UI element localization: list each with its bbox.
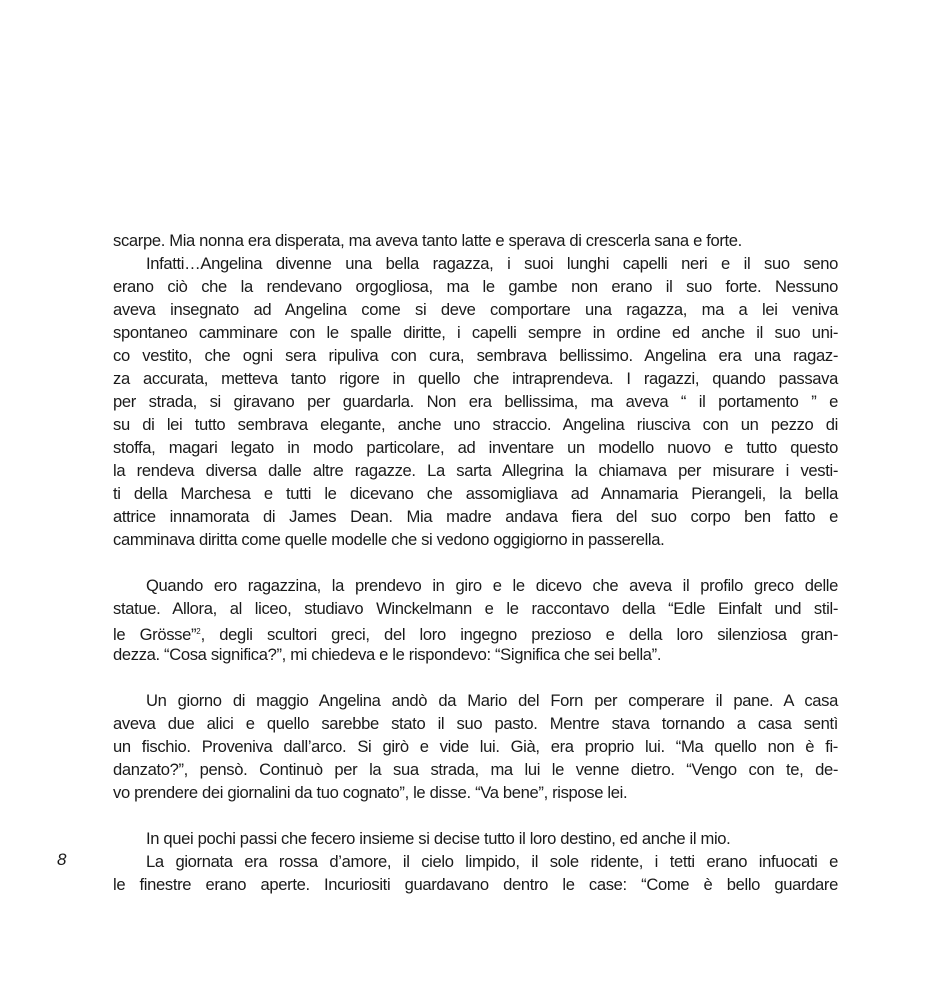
text-line: su di lei tutto sembrava elegante, anche… <box>113 413 838 436</box>
text-line: co vestito, che ogni sera ripuliva con c… <box>113 344 838 367</box>
text-line: La giornata era rossa d’amore, il cielo … <box>113 850 838 873</box>
paragraph: La giornata era rossa d’amore, il cielo … <box>113 850 838 896</box>
text-line: le Grösse”2, degli scultori greci, del l… <box>113 620 838 643</box>
text-line: un fischio. Proveniva dall’arco. Si girò… <box>113 735 838 758</box>
page-number: 8 <box>57 850 66 870</box>
text-line: za accurata, metteva tanto rigore in que… <box>113 367 838 390</box>
text-line: stoffa, magari legato in modo particolar… <box>113 436 838 459</box>
paragraph-spacer <box>113 804 838 827</box>
text-line: attrice innamorata di James Dean. Mia ma… <box>113 505 838 528</box>
paragraph-spacer <box>113 551 838 574</box>
paragraph-spacer <box>113 666 838 689</box>
text-line: In quei pochi passi che fecero insieme s… <box>113 827 838 850</box>
text-line: per strada, si giravano per guardarla. N… <box>113 390 838 413</box>
text-line: vo prendere dei giornalini da tuo cognat… <box>113 781 838 804</box>
text-line: spontaneo camminare con le spalle diritt… <box>113 321 838 344</box>
text-line: aveva insegnato ad Angelina come si deve… <box>113 298 838 321</box>
text-line: erano ciò che la rendevano orgogliosa, m… <box>113 275 838 298</box>
text-line: scarpe. Mia nonna era disperata, ma avev… <box>113 229 838 252</box>
paragraph: Quando ero ragazzina, la prendevo in gir… <box>113 574 838 666</box>
text-line: ti della Marchesa e tutti le dicevano ch… <box>113 482 838 505</box>
paragraph: scarpe. Mia nonna era disperata, ma avev… <box>113 229 838 252</box>
document-page: scarpe. Mia nonna era disperata, ma avev… <box>0 0 942 1000</box>
text-line: le finestre erano aperte. Incuriositi gu… <box>113 873 838 896</box>
text-line: la rendeva diversa dalle altre ragazze. … <box>113 459 838 482</box>
text-segment: , degli scultori greci, del loro ingegno… <box>201 625 838 644</box>
body-text: scarpe. Mia nonna era disperata, ma avev… <box>113 229 838 896</box>
paragraph: Infatti…Angelina divenne una bella ragaz… <box>113 252 838 551</box>
text-line: Quando ero ragazzina, la prendevo in gir… <box>113 574 838 597</box>
paragraph: Un giorno di maggio Angelina andò da Mar… <box>113 689 838 804</box>
text-line: Infatti…Angelina divenne una bella ragaz… <box>113 252 838 275</box>
text-line: aveva due alici e quello sarebbe stato i… <box>113 712 838 735</box>
text-line: dezza. “Cosa significa?”, mi chiedeva e … <box>113 643 838 666</box>
text-line: Un giorno di maggio Angelina andò da Mar… <box>113 689 838 712</box>
text-segment: le Grösse” <box>113 625 196 644</box>
text-line: statue. Allora, al liceo, studiavo Winck… <box>113 597 838 620</box>
text-line: danzato?”, pensò. Continuò per la sua st… <box>113 758 838 781</box>
paragraph: In quei pochi passi che fecero insieme s… <box>113 827 838 850</box>
text-line: camminava diritta come quelle modelle ch… <box>113 528 838 551</box>
